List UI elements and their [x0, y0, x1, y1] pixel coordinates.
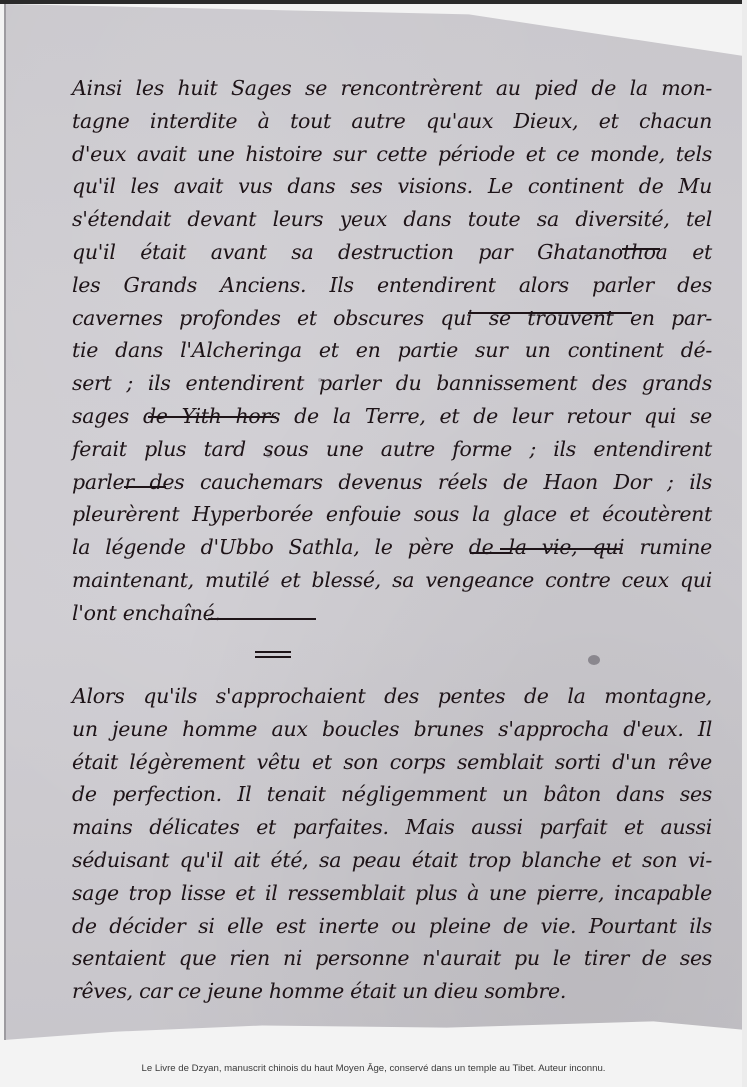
- manuscript-line: de décider si elle est inerte ou pleine …: [72, 910, 712, 943]
- paragraph-1: Ainsi les huit Sages se rencontrèrent au…: [72, 72, 712, 630]
- underline-mark: [500, 548, 620, 550]
- manuscript-line: parler des cauchemars devenus réels de H…: [72, 466, 712, 499]
- manuscript-line: tie dans l'Alcheringa et en partie sur u…: [72, 334, 712, 367]
- manuscript-line: sert ; ils entendirent parler du banniss…: [72, 367, 712, 400]
- underline-mark: [622, 248, 660, 250]
- underline-mark: [124, 486, 166, 488]
- page-left-edge: [4, 4, 6, 1040]
- underline-mark: [468, 312, 632, 314]
- scan-right-margin: [742, 0, 747, 1087]
- manuscript-line: séduisant qu'il ait été, sa peau était t…: [72, 844, 712, 877]
- manuscript-line: les Grands Anciens. Ils entendirent alor…: [72, 269, 712, 302]
- paragraph-2: Alors qu'ils s'approchaient des pentes d…: [72, 680, 712, 1008]
- image-caption: Le Livre de Dzyan, manuscrit chinois du …: [0, 1063, 747, 1074]
- scan-frame-top-edge: [0, 0, 747, 4]
- manuscript-line: rêves, car ce jeune homme était un dieu …: [72, 975, 712, 1008]
- manuscript-line: d'eux avait une histoire sur cette pério…: [72, 138, 712, 171]
- manuscript-line: Alors qu'ils s'approchaient des pentes d…: [72, 680, 712, 713]
- manuscript-line: mains délicates et parfaites. Mais aussi…: [72, 811, 712, 844]
- manuscript-line: ferait plus tard sous une autre forme ; …: [72, 433, 712, 466]
- manuscript-line: qu'il était avant sa destruction par Gha…: [72, 236, 712, 269]
- manuscript-line: s'étendait devant leurs yeux dans toute …: [72, 203, 712, 236]
- manuscript-line: de perfection. Il tenait négligemment un…: [72, 778, 712, 811]
- manuscript-line: pleurèrent Hyperborée enfouie sous la gl…: [72, 498, 712, 531]
- manuscript-line: sentaient que rien ni personne n'aurait …: [72, 942, 712, 975]
- ink-stain: [588, 655, 600, 665]
- manuscript-line: Ainsi les huit Sages se rencontrèrent au…: [72, 72, 712, 105]
- manuscript-line: sage trop lisse et il ressemblait plus à…: [72, 877, 712, 910]
- underline-mark: [470, 552, 510, 554]
- manuscript-line: cavernes profondes et obscures qui se tr…: [72, 302, 712, 335]
- underline-mark: [148, 416, 276, 418]
- manuscript-line: tagne interdite à tout autre qu'aux Dieu…: [72, 105, 712, 138]
- manuscript-line: qu'il les avait vus dans ses visions. Le…: [72, 170, 712, 203]
- section-separator: [255, 651, 291, 659]
- manuscript-line: un jeune homme aux boucles brunes s'appr…: [72, 713, 712, 746]
- underline-mark: [208, 618, 316, 620]
- manuscript-line: maintenant, mutilé et blessé, sa vengean…: [72, 564, 712, 597]
- manuscript-line: l'ont enchaîné.: [72, 597, 712, 630]
- manuscript-line: était légèrement vêtu et son corps sembl…: [72, 746, 712, 779]
